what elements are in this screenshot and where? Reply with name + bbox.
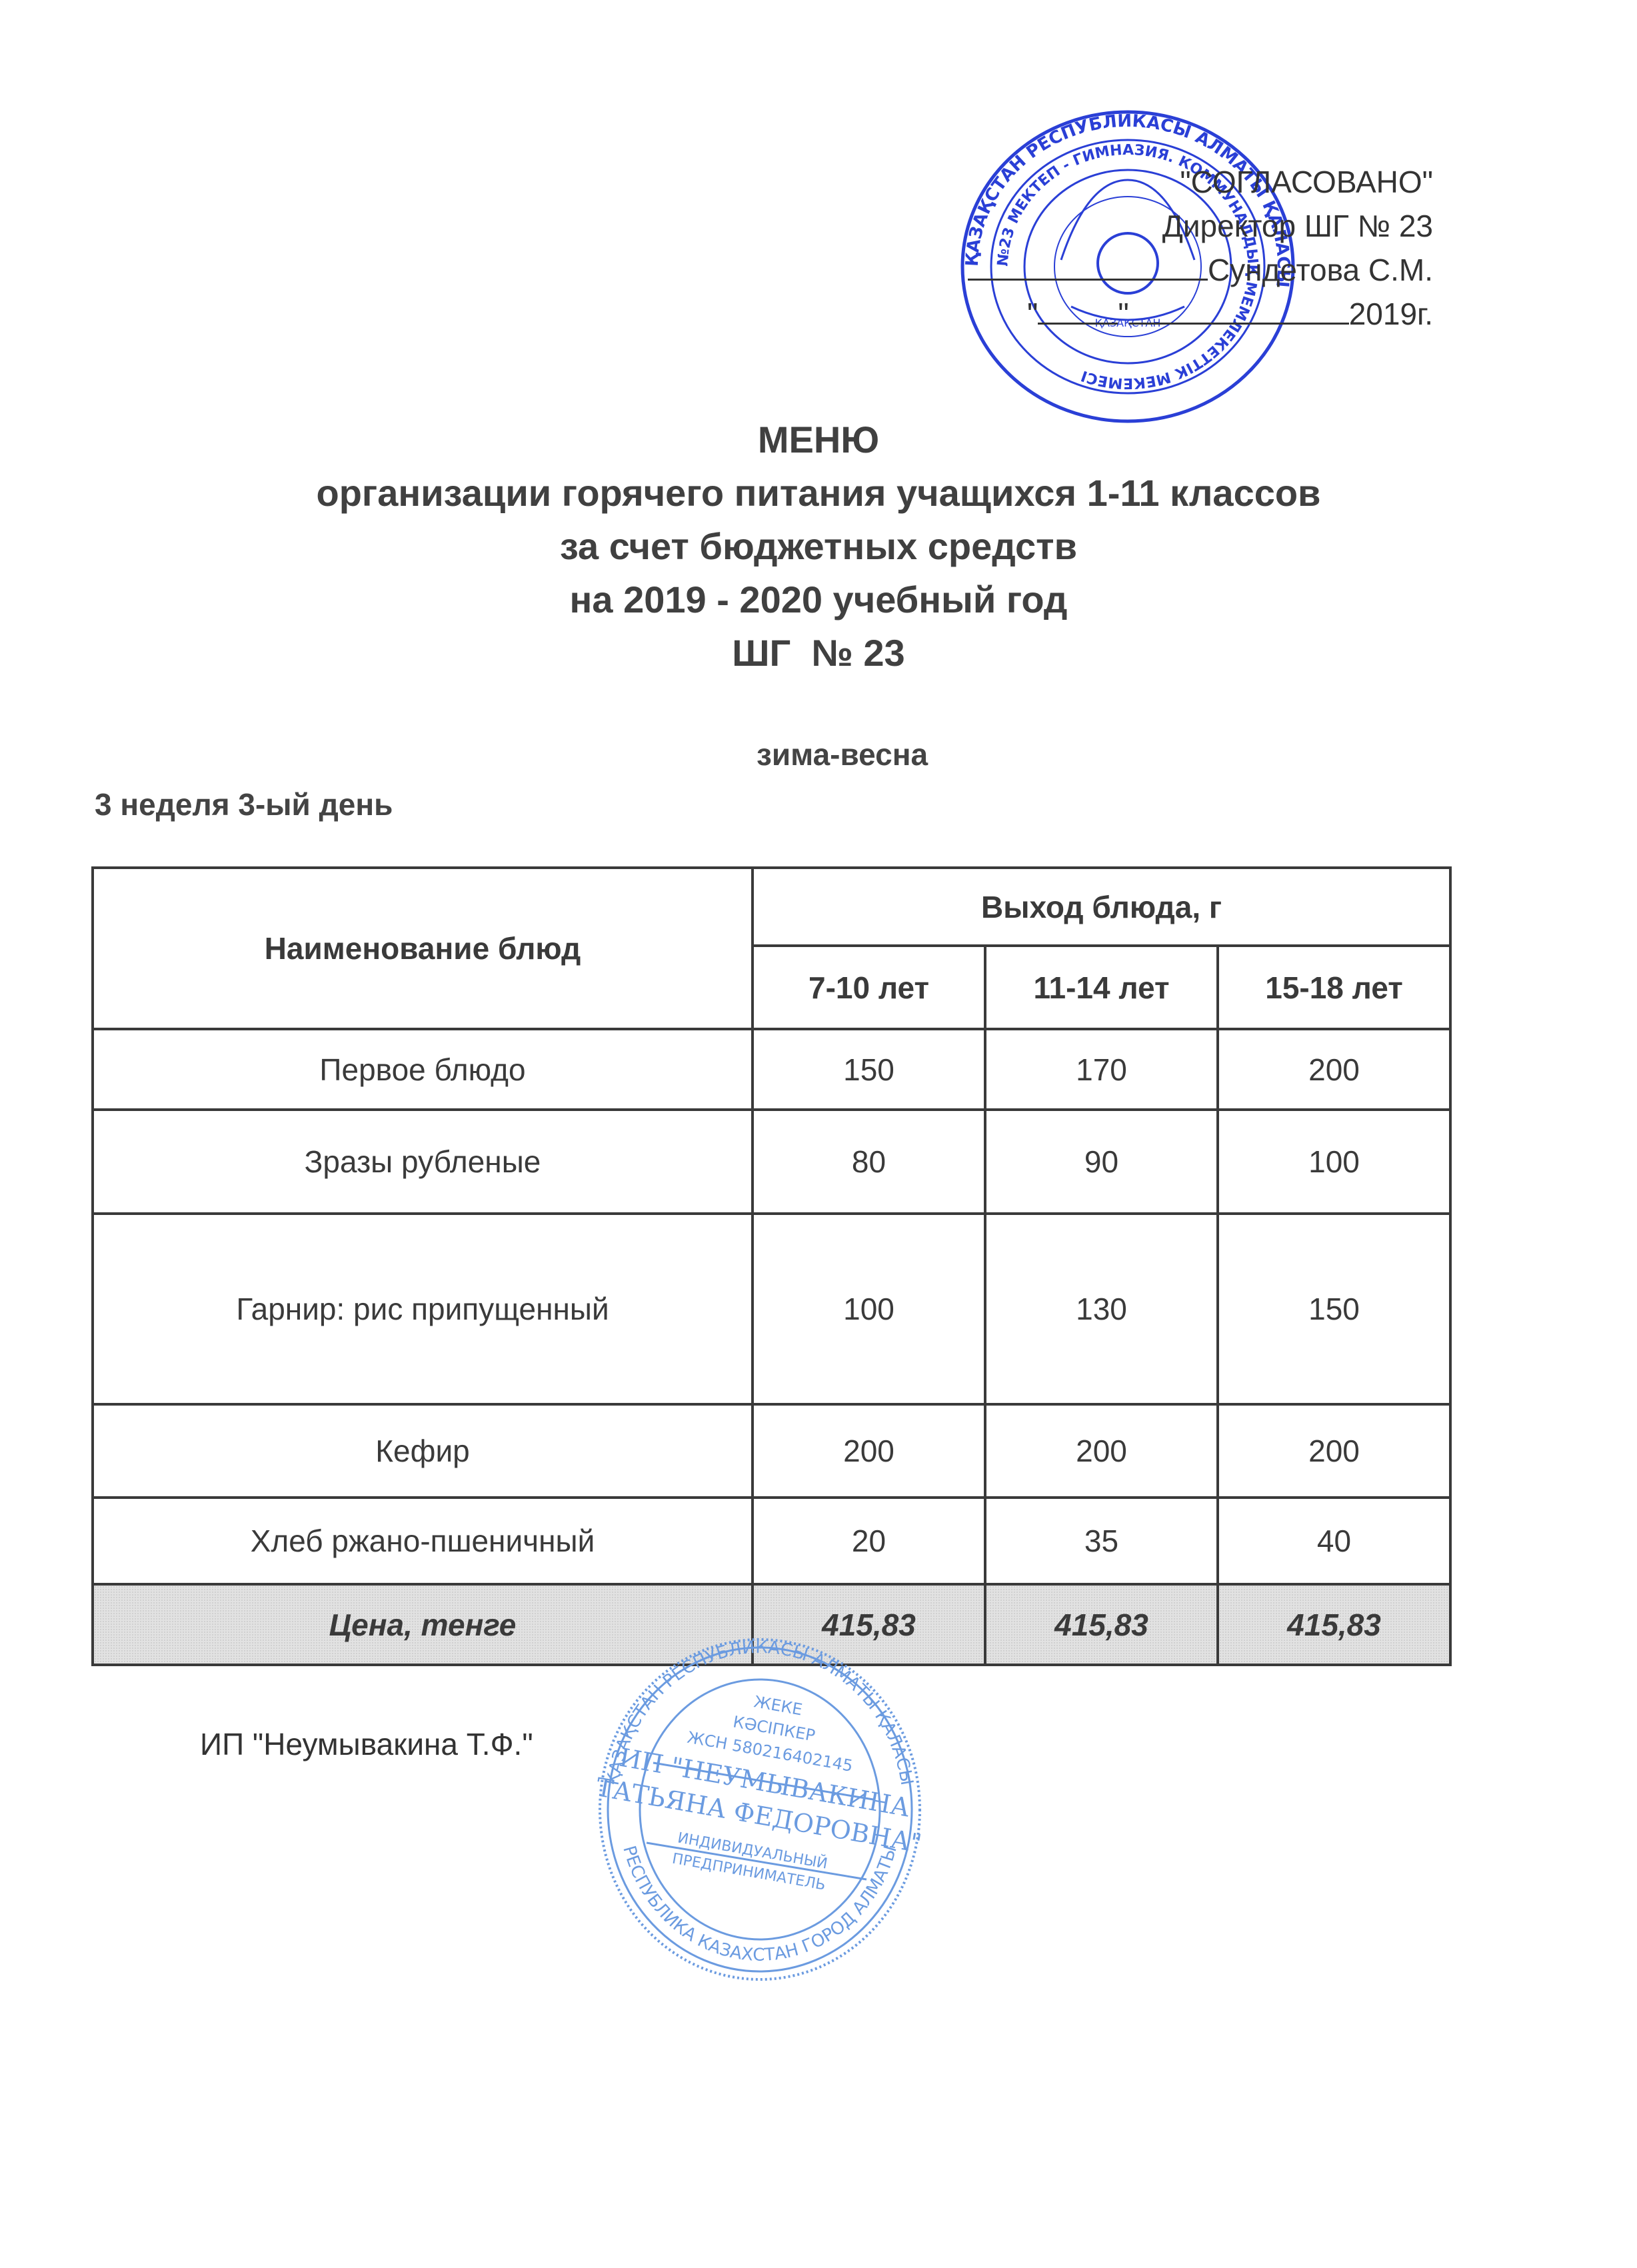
yield-value: 20: [753, 1498, 985, 1584]
header-age-7-10: 7-10 лет: [753, 946, 985, 1029]
date-quote-open: ": [1027, 297, 1038, 331]
month-blank: [1129, 323, 1349, 325]
title-line-3: за счет бюджетных средств: [0, 520, 1637, 573]
header-age-15-18: 15-18 лет: [1218, 946, 1450, 1029]
approval-status: "СОГЛАСОВАНО": [968, 160, 1433, 204]
yield-value: 150: [1218, 1214, 1450, 1404]
yield-value: 90: [985, 1110, 1218, 1214]
table-row: Гарнир: рис припущенный 100 130 150: [93, 1214, 1450, 1404]
title-line-1: МЕНЮ: [0, 413, 1637, 467]
date-quote-close: ": [1118, 297, 1128, 331]
table-row: Зразы рубленые 80 90 100: [93, 1110, 1450, 1214]
approval-position: Директор ШГ № 23: [968, 204, 1433, 248]
yield-value: 200: [985, 1404, 1218, 1498]
approval-block: "СОГЛАСОВАНО" Директор ШГ № 23 Сундетова…: [968, 160, 1433, 336]
stamp-line-1: ЖЕКЕ: [753, 1692, 804, 1719]
dish-name: Гарнир: рис припущенный: [93, 1214, 753, 1404]
approval-signatory: Сундетова С.М.: [1208, 253, 1433, 287]
approval-signature-line: Сундетова С.М.: [968, 248, 1433, 292]
dish-name: Зразы рубленые: [93, 1110, 753, 1214]
yield-value: 170: [985, 1029, 1218, 1110]
table-row: Хлеб ржано-пшеничный 20 35 40: [93, 1498, 1450, 1584]
document-title: МЕНЮ организации горячего питания учащих…: [0, 413, 1637, 680]
day-blank: [1038, 323, 1118, 325]
dish-name: Хлеб ржано-пшеничный: [93, 1498, 753, 1584]
table-row: Первое блюдо 150 170 200: [93, 1029, 1450, 1110]
signature-blank: [968, 279, 1208, 281]
approval-year: 2019г.: [1349, 297, 1433, 331]
price-value: 415,83: [1218, 1584, 1450, 1665]
price-value: 415,83: [985, 1584, 1218, 1665]
title-line-5: ШГ № 23: [0, 626, 1637, 680]
supplier-label: ИП "Неумывакина Т.Ф.": [200, 1726, 533, 1762]
yield-value: 200: [1218, 1029, 1450, 1110]
approval-date-line: ""2019г.: [968, 292, 1433, 336]
yield-value: 80: [753, 1110, 985, 1214]
title-line-4: на 2019 - 2020 учебный год: [0, 573, 1637, 626]
yield-value: 130: [985, 1214, 1218, 1404]
yield-value: 200: [1218, 1404, 1450, 1498]
yield-value: 200: [753, 1404, 985, 1498]
menu-table: Наименование блюд Выход блюда, г 7-10 ле…: [91, 866, 1452, 1666]
season-label: зима-весна: [757, 736, 928, 772]
header-age-11-14: 11-14 лет: [985, 946, 1218, 1029]
dish-name: Первое блюдо: [93, 1029, 753, 1110]
yield-value: 150: [753, 1029, 985, 1110]
yield-value: 35: [985, 1498, 1218, 1584]
header-dish-name: Наименование блюд: [93, 868, 753, 1029]
yield-value: 40: [1218, 1498, 1450, 1584]
yield-value: 100: [1218, 1110, 1450, 1214]
yield-value: 100: [753, 1214, 985, 1404]
header-yield: Выход блюда, г: [753, 868, 1450, 946]
table-row: Кефир 200 200 200: [93, 1404, 1450, 1498]
supplier-stamp: ҚАЗАҚСТАН РЕСПУБЛИКАСЫ АЛМАТЫ ҚАЛАСЫ РЕС…: [593, 1636, 926, 1983]
title-line-2: организации горячего питания учащихся 1-…: [0, 467, 1637, 520]
dish-name: Кефир: [93, 1404, 753, 1498]
day-label: 3 неделя 3-ый день: [95, 786, 393, 822]
table-header-row: Наименование блюд Выход блюда, г: [93, 868, 1450, 946]
